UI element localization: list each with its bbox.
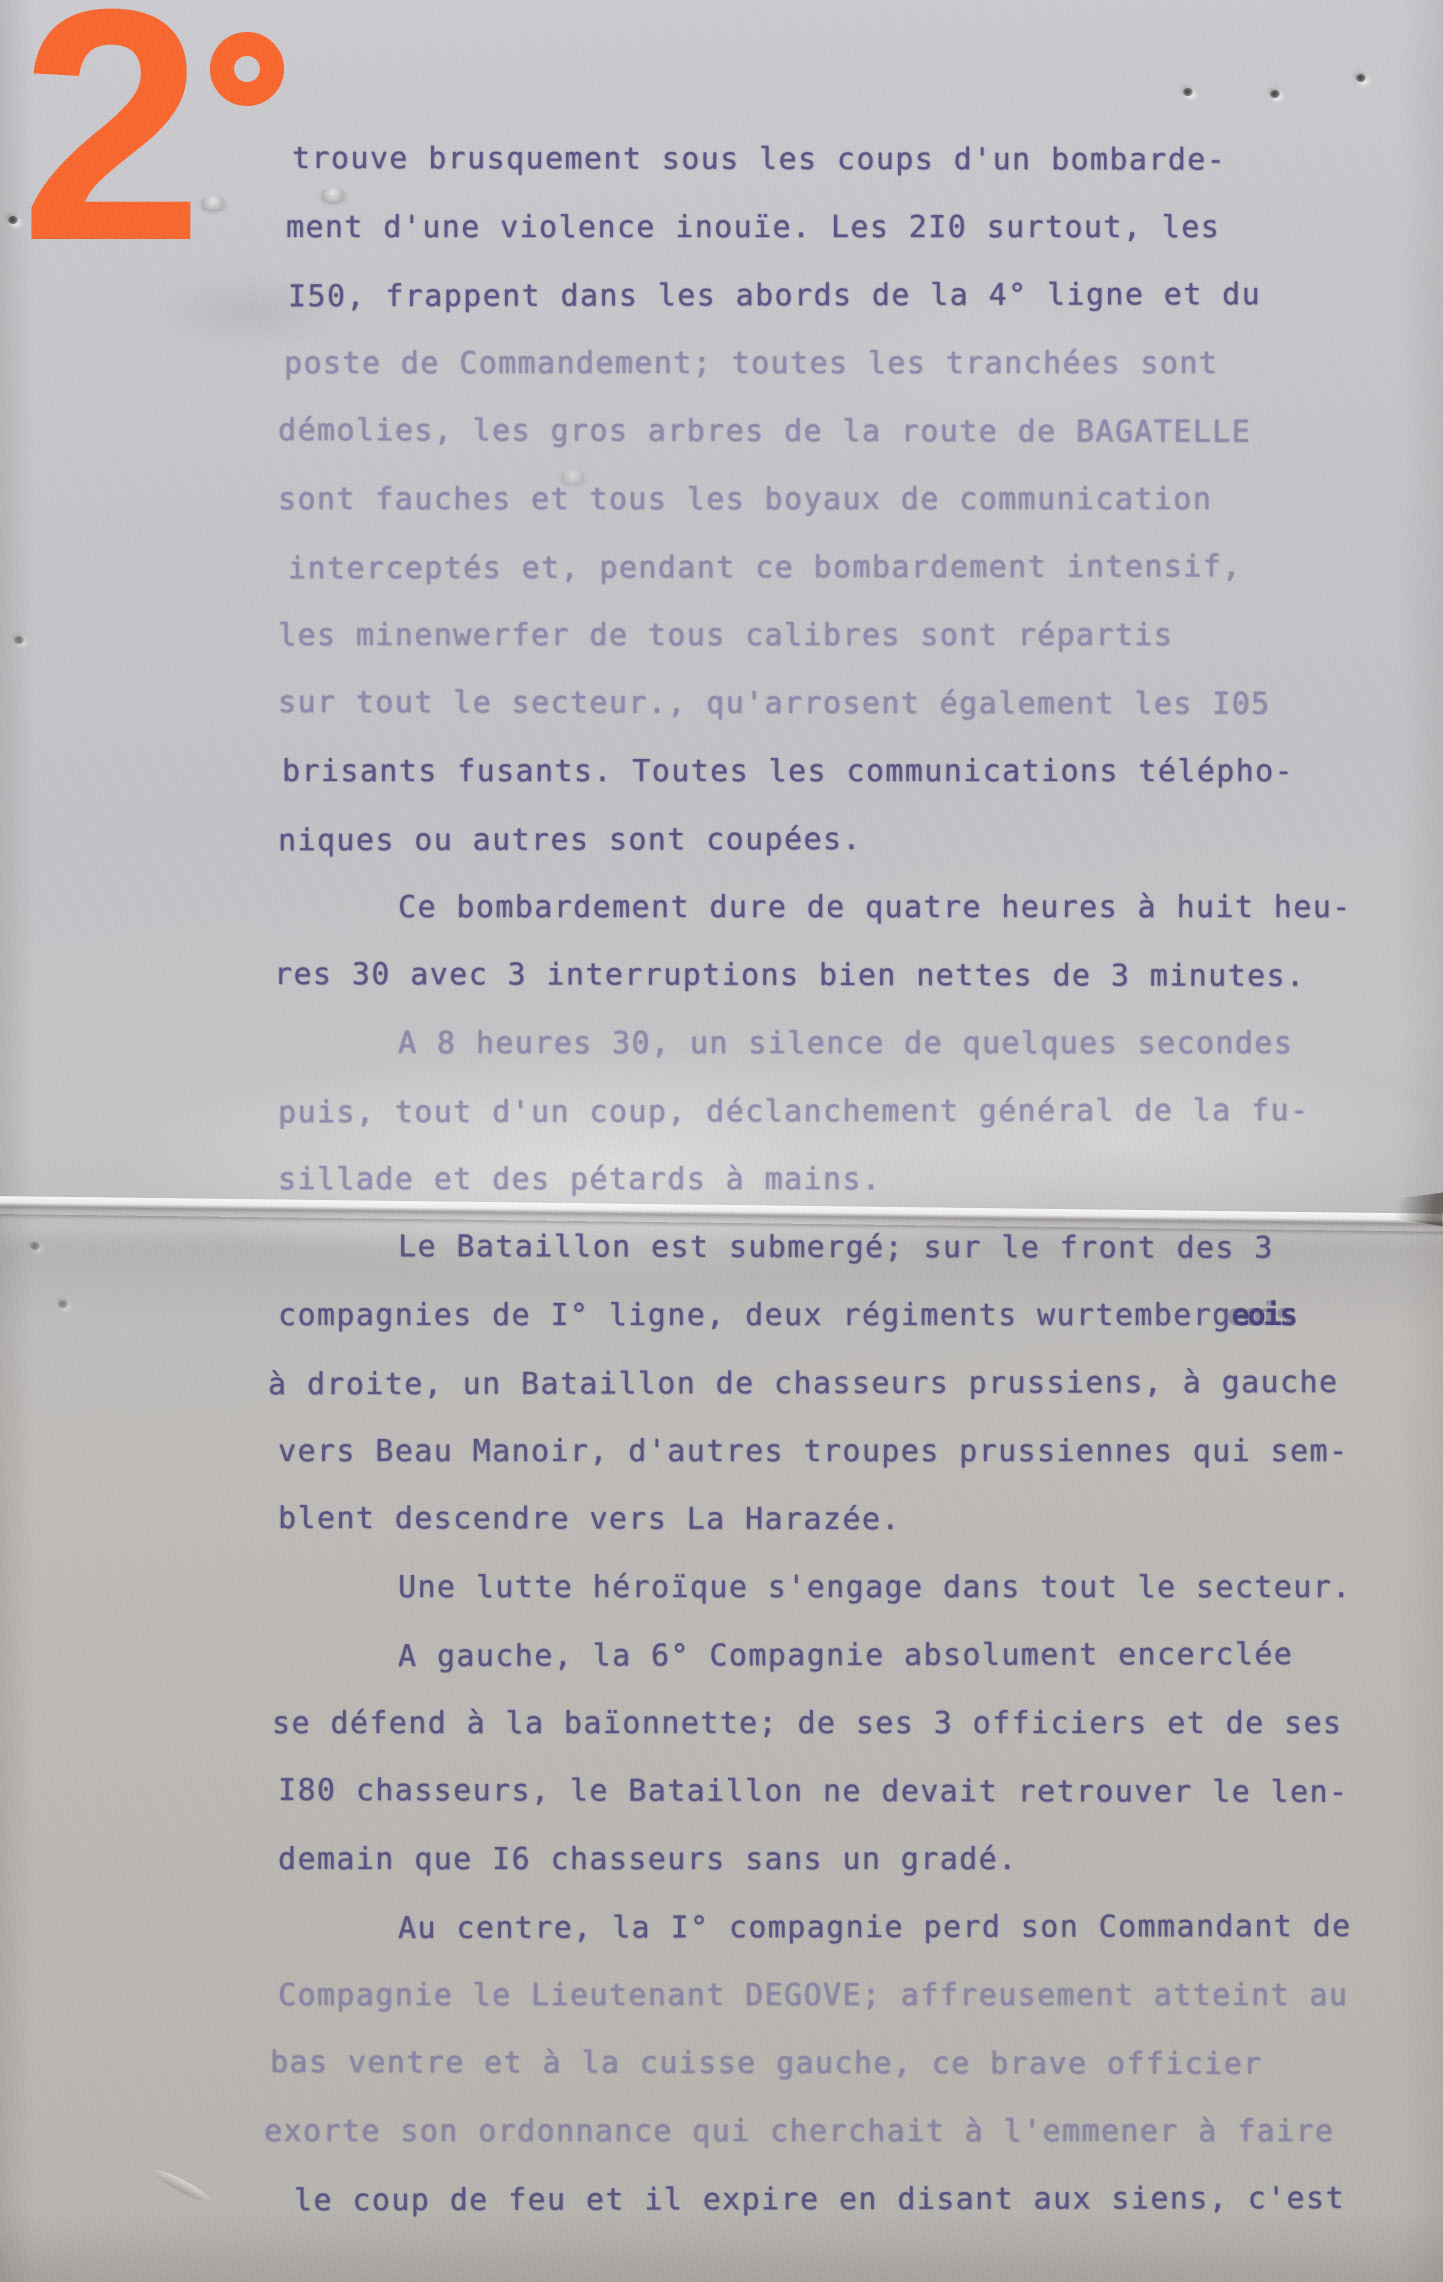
typed-line: I50, frappent dans les abords de la 4° l… xyxy=(288,261,1443,331)
typed-line: trouve brusquement sous les coups d'un b… xyxy=(292,125,1443,195)
typed-line: A 8 heures 30, un silence de quelques se… xyxy=(278,1010,1443,1078)
typed-line: niques ou autres sont coupées. xyxy=(278,805,1443,875)
typed-line: Ce bombardement dure de quatre heures à … xyxy=(278,874,1443,942)
typed-line: le coup de feu et il expire en disant au… xyxy=(294,2165,1443,2235)
typed-line: demain que I6 chasseurs sans un gradé. xyxy=(278,1826,1443,1894)
typed-line: brisants fusants. Toutes les communicati… xyxy=(282,738,1443,806)
typed-line: vers Beau Manoir, d'autres troupes pruss… xyxy=(278,1418,1443,1486)
pinhole-mark xyxy=(8,216,18,224)
pinhole-mark xyxy=(14,636,24,644)
typed-line: I80 chasseurs, le Bataillon ne devait re… xyxy=(278,1757,1443,1827)
typed-text: trouve brusquement sous les coups d'un b… xyxy=(0,126,1443,2234)
pinhole-mark xyxy=(58,1300,68,1308)
typed-line: res 30 avec 3 interruptions bien nettes … xyxy=(274,941,1443,1011)
typed-line: sur tout le secteur., qu'arrosent égalem… xyxy=(278,669,1443,739)
pinhole-mark xyxy=(1270,90,1280,98)
scanned-document-page: 2 trouve brusquement sous les coups d'un… xyxy=(0,0,1443,2282)
typed-line: compagnies de I° ligne, deux régiments w… xyxy=(278,1282,1443,1350)
typed-line: A gauche, la 6° Compagnie absolument enc… xyxy=(278,1621,1443,1691)
typed-line: sont fauches et tous les boyaux de commu… xyxy=(278,466,1443,534)
paper-dimple xyxy=(320,188,346,202)
paper-dimple xyxy=(560,470,586,484)
typed-line: à droite, un Bataillon de chasseurs prus… xyxy=(268,1349,1443,1419)
typed-line: interceptés et, pendant ce bombardement … xyxy=(288,533,1443,603)
typed-line: Une lutte héroïque s'engage dans tout le… xyxy=(278,1554,1443,1622)
typed-line: exorte son ordonnance qui cherchait à l'… xyxy=(264,2098,1443,2166)
typed-line: blent descendre vers La Harazée. xyxy=(278,1485,1443,1555)
overstruck-text: eois xyxy=(1232,1298,1296,1333)
pinhole-mark xyxy=(1356,74,1366,82)
typed-line: Au centre, la I° compagnie perd son Comm… xyxy=(278,1893,1443,1963)
typed-line: bas ventre et à la cuisse gauche, ce bra… xyxy=(270,2029,1443,2099)
pinhole-mark xyxy=(30,1242,40,1250)
typed-line: poste de Commandement; toutes les tranch… xyxy=(284,330,1443,398)
degree-symbol xyxy=(210,32,284,106)
paper-dimple xyxy=(200,196,226,210)
typed-line: puis, tout d'un coup, déclanchement géné… xyxy=(278,1077,1443,1147)
typed-text-run: compagnies de I° ligne, deux régiments w… xyxy=(278,1298,1232,1333)
typed-line: se défend à la baïonnette; de ses 3 offi… xyxy=(272,1690,1443,1758)
typed-line: démolies, les gros arbres de la route de… xyxy=(278,397,1443,467)
pinhole-mark xyxy=(1183,88,1193,96)
typed-line: les minenwerfer de tous calibres sont ré… xyxy=(278,602,1443,670)
typed-line: ment d'une violence inouïe. Les 2I0 surt… xyxy=(286,194,1443,262)
typed-line: Compagnie le Lieutenant DEGOVE; affreuse… xyxy=(278,1962,1443,2030)
